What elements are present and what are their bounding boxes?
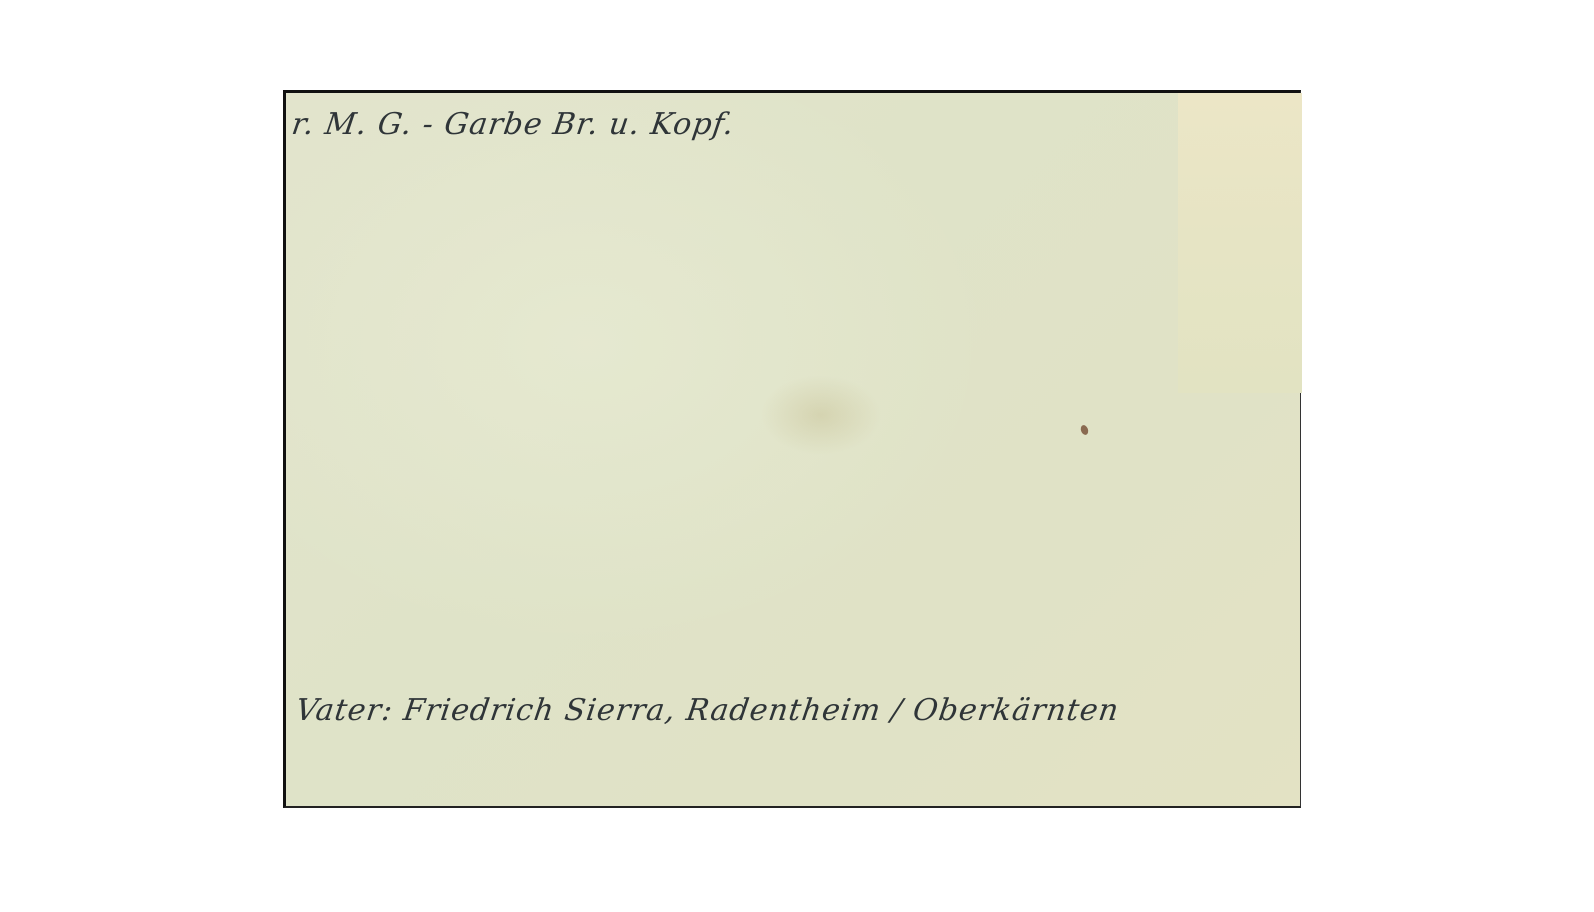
document-card: r. M. G. - Garbe Br. u. Kopf. Vater: Fri… [283,90,1301,808]
paper-stain [1080,424,1090,436]
handwritten-note-bottom: Vater: Friedrich Sierra, Radentheim / Ob… [294,693,1122,728]
handwritten-note-top: r. M. G. - Garbe Br. u. Kopf. [290,107,737,142]
paper-patch [1178,93,1302,393]
